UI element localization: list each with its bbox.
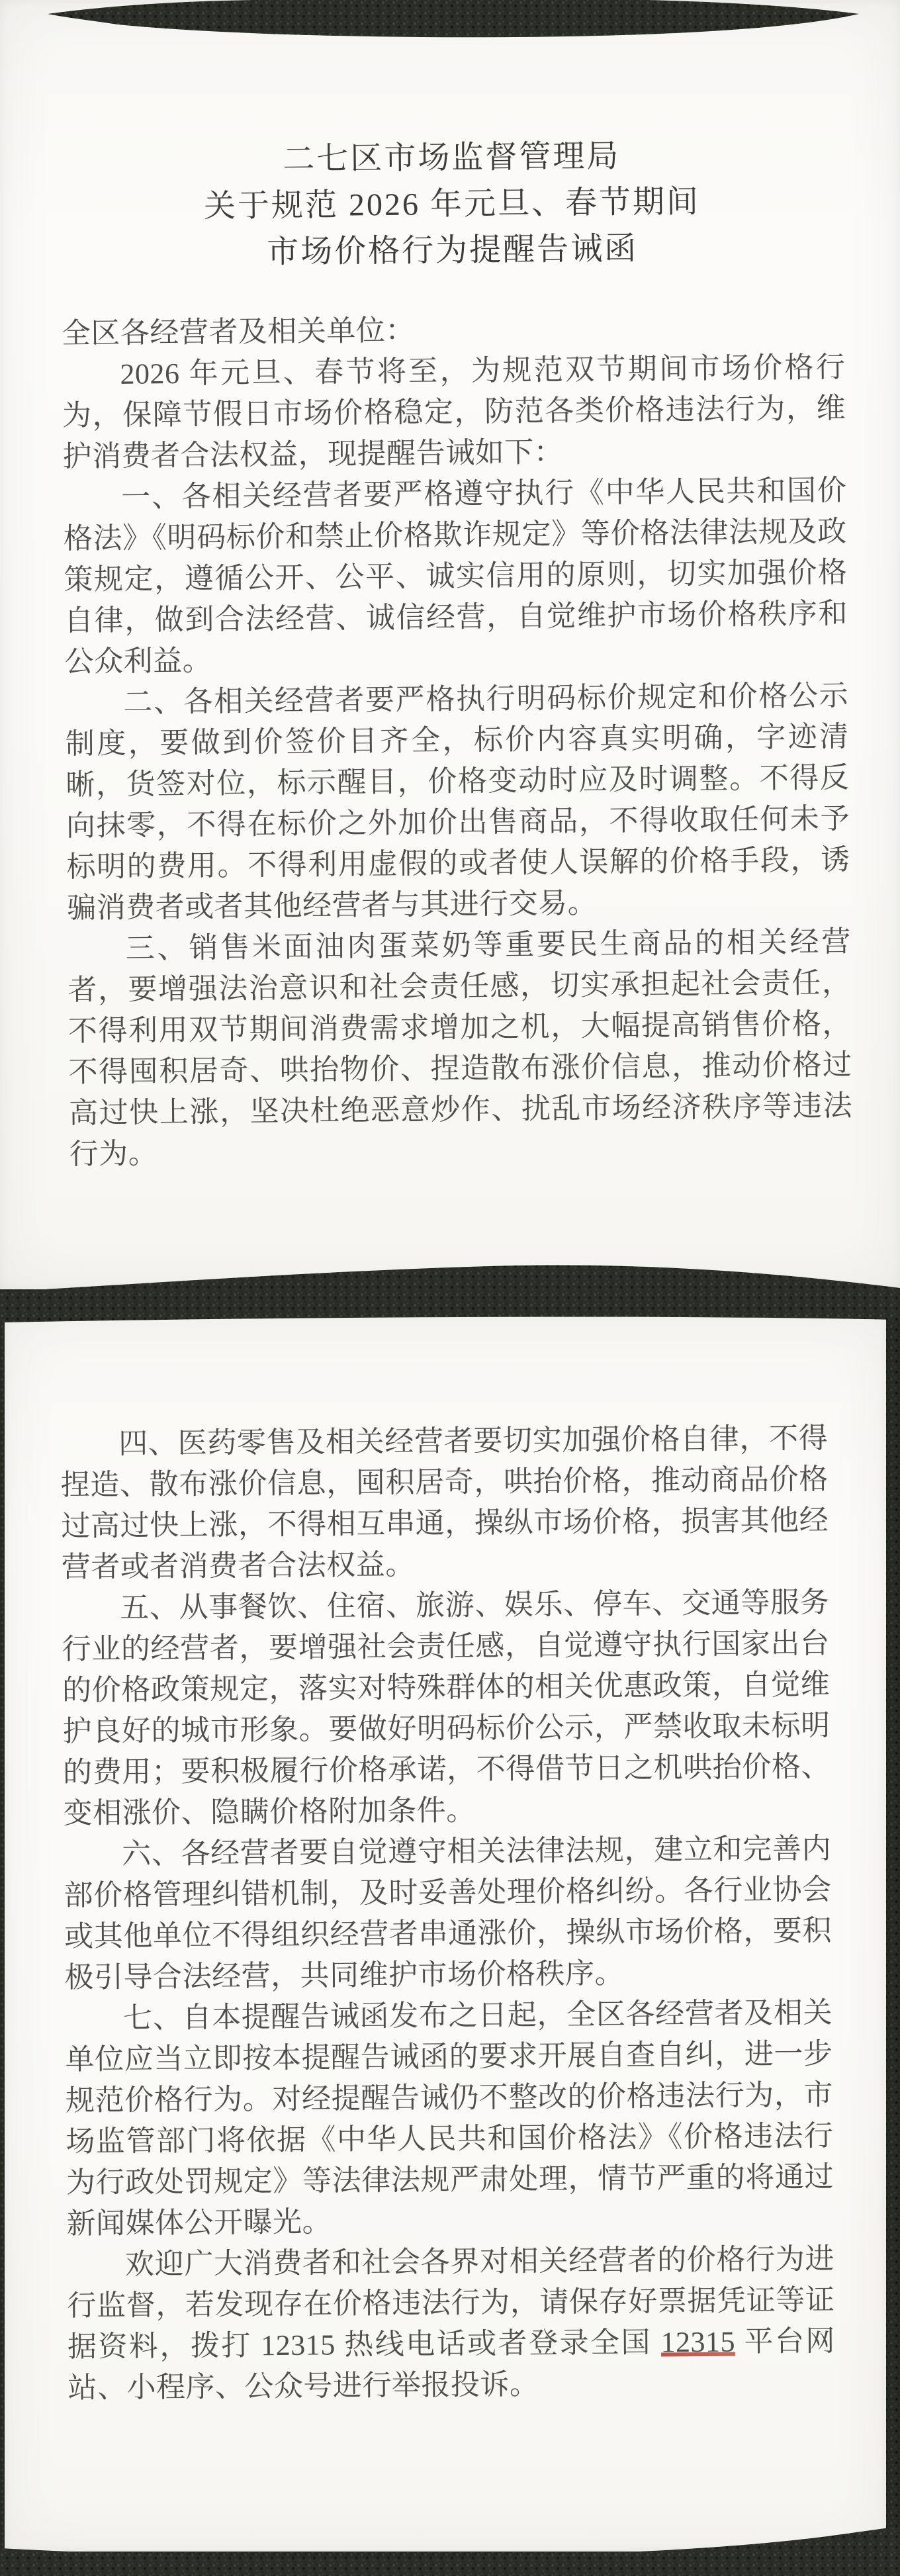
hotline-number-red-underline: 12315 [660, 2326, 735, 2359]
paragraph-item-2: 二、各相关经营者要严格执行明码标价规定和价格公示制度，要做到价签价目齐全，标价内… [65, 675, 851, 929]
paragraph-closing: 欢迎广大消费者和社会各界对相关经营者的价格行为进行监督，若发现存在价格违法行为，… [67, 2238, 836, 2409]
paragraph-item-1: 一、各相关经营者要严格遵守执行《中华人民共和国价格法》《明码标价和禁止价格欺诈规… [63, 470, 848, 682]
title-line-2: 关于规范 2026 年元旦、春节期间 [60, 177, 844, 231]
paragraph-item-6: 六、各经营者要自觉遵守相关法律法规，建立和完善内部价格管理纠错机制，及时妥善处理… [64, 1828, 832, 1998]
paragraph-item-4: 四、医药零售及相关经营者要切实加强价格自律，不得捏造、散布涨价信息，囤积居奇，哄… [60, 1418, 829, 1588]
photographed-document: 二七区市场监督管理局 关于规范 2026 年元旦、春节期间 市场价格行为提醒告诫… [0, 0, 900, 2576]
paragraph-item-5: 五、从事餐饮、住宿、旅游、娱乐、停车、交通等服务行业的经营者，要增强社会责任感，… [62, 1582, 831, 1834]
page-2-content: 四、医药零售及相关经营者要切实加强价格自律，不得捏造、散布涨价信息，囤积居奇，哄… [60, 1418, 836, 2409]
document-page-2: 四、医药零售及相关经营者要切实加强价格自律，不得捏造、散布涨价信息，囤积居奇，哄… [5, 1312, 886, 2552]
paragraph-item-7: 七、自本提醒告诫函发布之日起，全区各经营者及相关单位应当立即按本提醒告诫函的要求… [65, 1992, 834, 2244]
title-line-1: 二七区市场监督管理局 [60, 131, 844, 185]
document-page-1: 二七区市场监督管理局 关于规范 2026 年元旦、春节期间 市场价格行为提醒告诫… [0, 0, 900, 1289]
salutation: 全区各经营者及相关单位： [62, 306, 846, 354]
page-1-content: 二七区市场监督管理局 关于规范 2026 年元旦、春节期间 市场价格行为提醒告诫… [60, 131, 853, 1175]
paragraph-item-3: 三、销售米面油肉蛋菜奶等重要民生商品的相关经营者，要增强法治意识和社会责任感，切… [67, 921, 853, 1175]
title-line-3: 市场价格行为提醒告诫函 [60, 224, 844, 277]
document-title: 二七区市场监督管理局 关于规范 2026 年元旦、春节期间 市场价格行为提醒告诫… [60, 131, 844, 277]
paragraph-intro: 2026 年元旦、春节将至，为规范双节期间市场价格行为，保障节假日市场价格稳定，… [62, 347, 846, 477]
